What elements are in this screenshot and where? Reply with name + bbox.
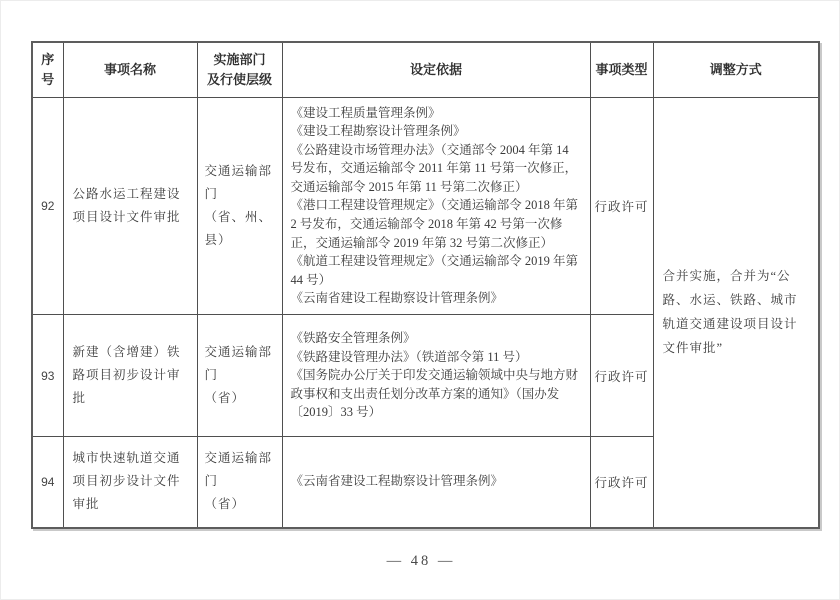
cell-adjustment-merged: 合并实施，合并为“公路、水运、铁路、城市轨道交通建设项目设计文件审批” [653,97,819,528]
approval-items-table: 序 号 事项名称 实施部门 及行使层级 设定依据 事项类型 调整方式 92 公路… [31,41,820,529]
table-header-row: 序 号 事项名称 实施部门 及行使层级 设定依据 事项类型 调整方式 [32,42,819,97]
cell-item-name: 新建（含增建）铁路项目初步设计审批 [63,315,197,437]
table-row: 92 公路水运工程建设项目设计文件审批 交通运输部门 （省、州、县） 《建设工程… [32,97,819,315]
col-header-adjustment: 调整方式 [653,42,819,97]
col-header-item-name: 事项名称 [63,42,197,97]
col-header-department: 实施部门 及行使层级 [197,42,282,97]
page-number: — 48 — [1,553,840,570]
cell-department: 交通运输部门 （省） [197,437,282,528]
cell-item-type: 行政许可 [590,315,653,437]
col-header-basis: 设定依据 [282,42,590,97]
cell-item-type: 行政许可 [590,437,653,528]
cell-serial-number: 94 [32,437,63,528]
cell-basis: 《建设工程质量管理条例》 《建设工程勘察设计管理条例》 《公路建设市场管理办法》… [282,97,590,315]
cell-department: 交通运输部门 （省、州、县） [197,97,282,315]
cell-basis: 《铁路安全管理条例》 《铁路建设管理办法》（铁道部令第 11 号） 《国务院办公… [282,315,590,437]
cell-serial-number: 93 [32,315,63,437]
cell-item-type: 行政许可 [590,97,653,315]
cell-serial-number: 92 [32,97,63,315]
cell-item-name: 城市快速轨道交通项目初步设计文件审批 [63,437,197,528]
document-page: 序 号 事项名称 实施部门 及行使层级 设定依据 事项类型 调整方式 92 公路… [0,0,840,600]
cell-basis: 《云南省建设工程勘察设计管理条例》 [282,437,590,528]
cell-department: 交通运输部门 （省） [197,315,282,437]
col-header-item-type: 事项类型 [590,42,653,97]
col-header-serial-number: 序 号 [32,42,63,97]
cell-item-name: 公路水运工程建设项目设计文件审批 [63,97,197,315]
